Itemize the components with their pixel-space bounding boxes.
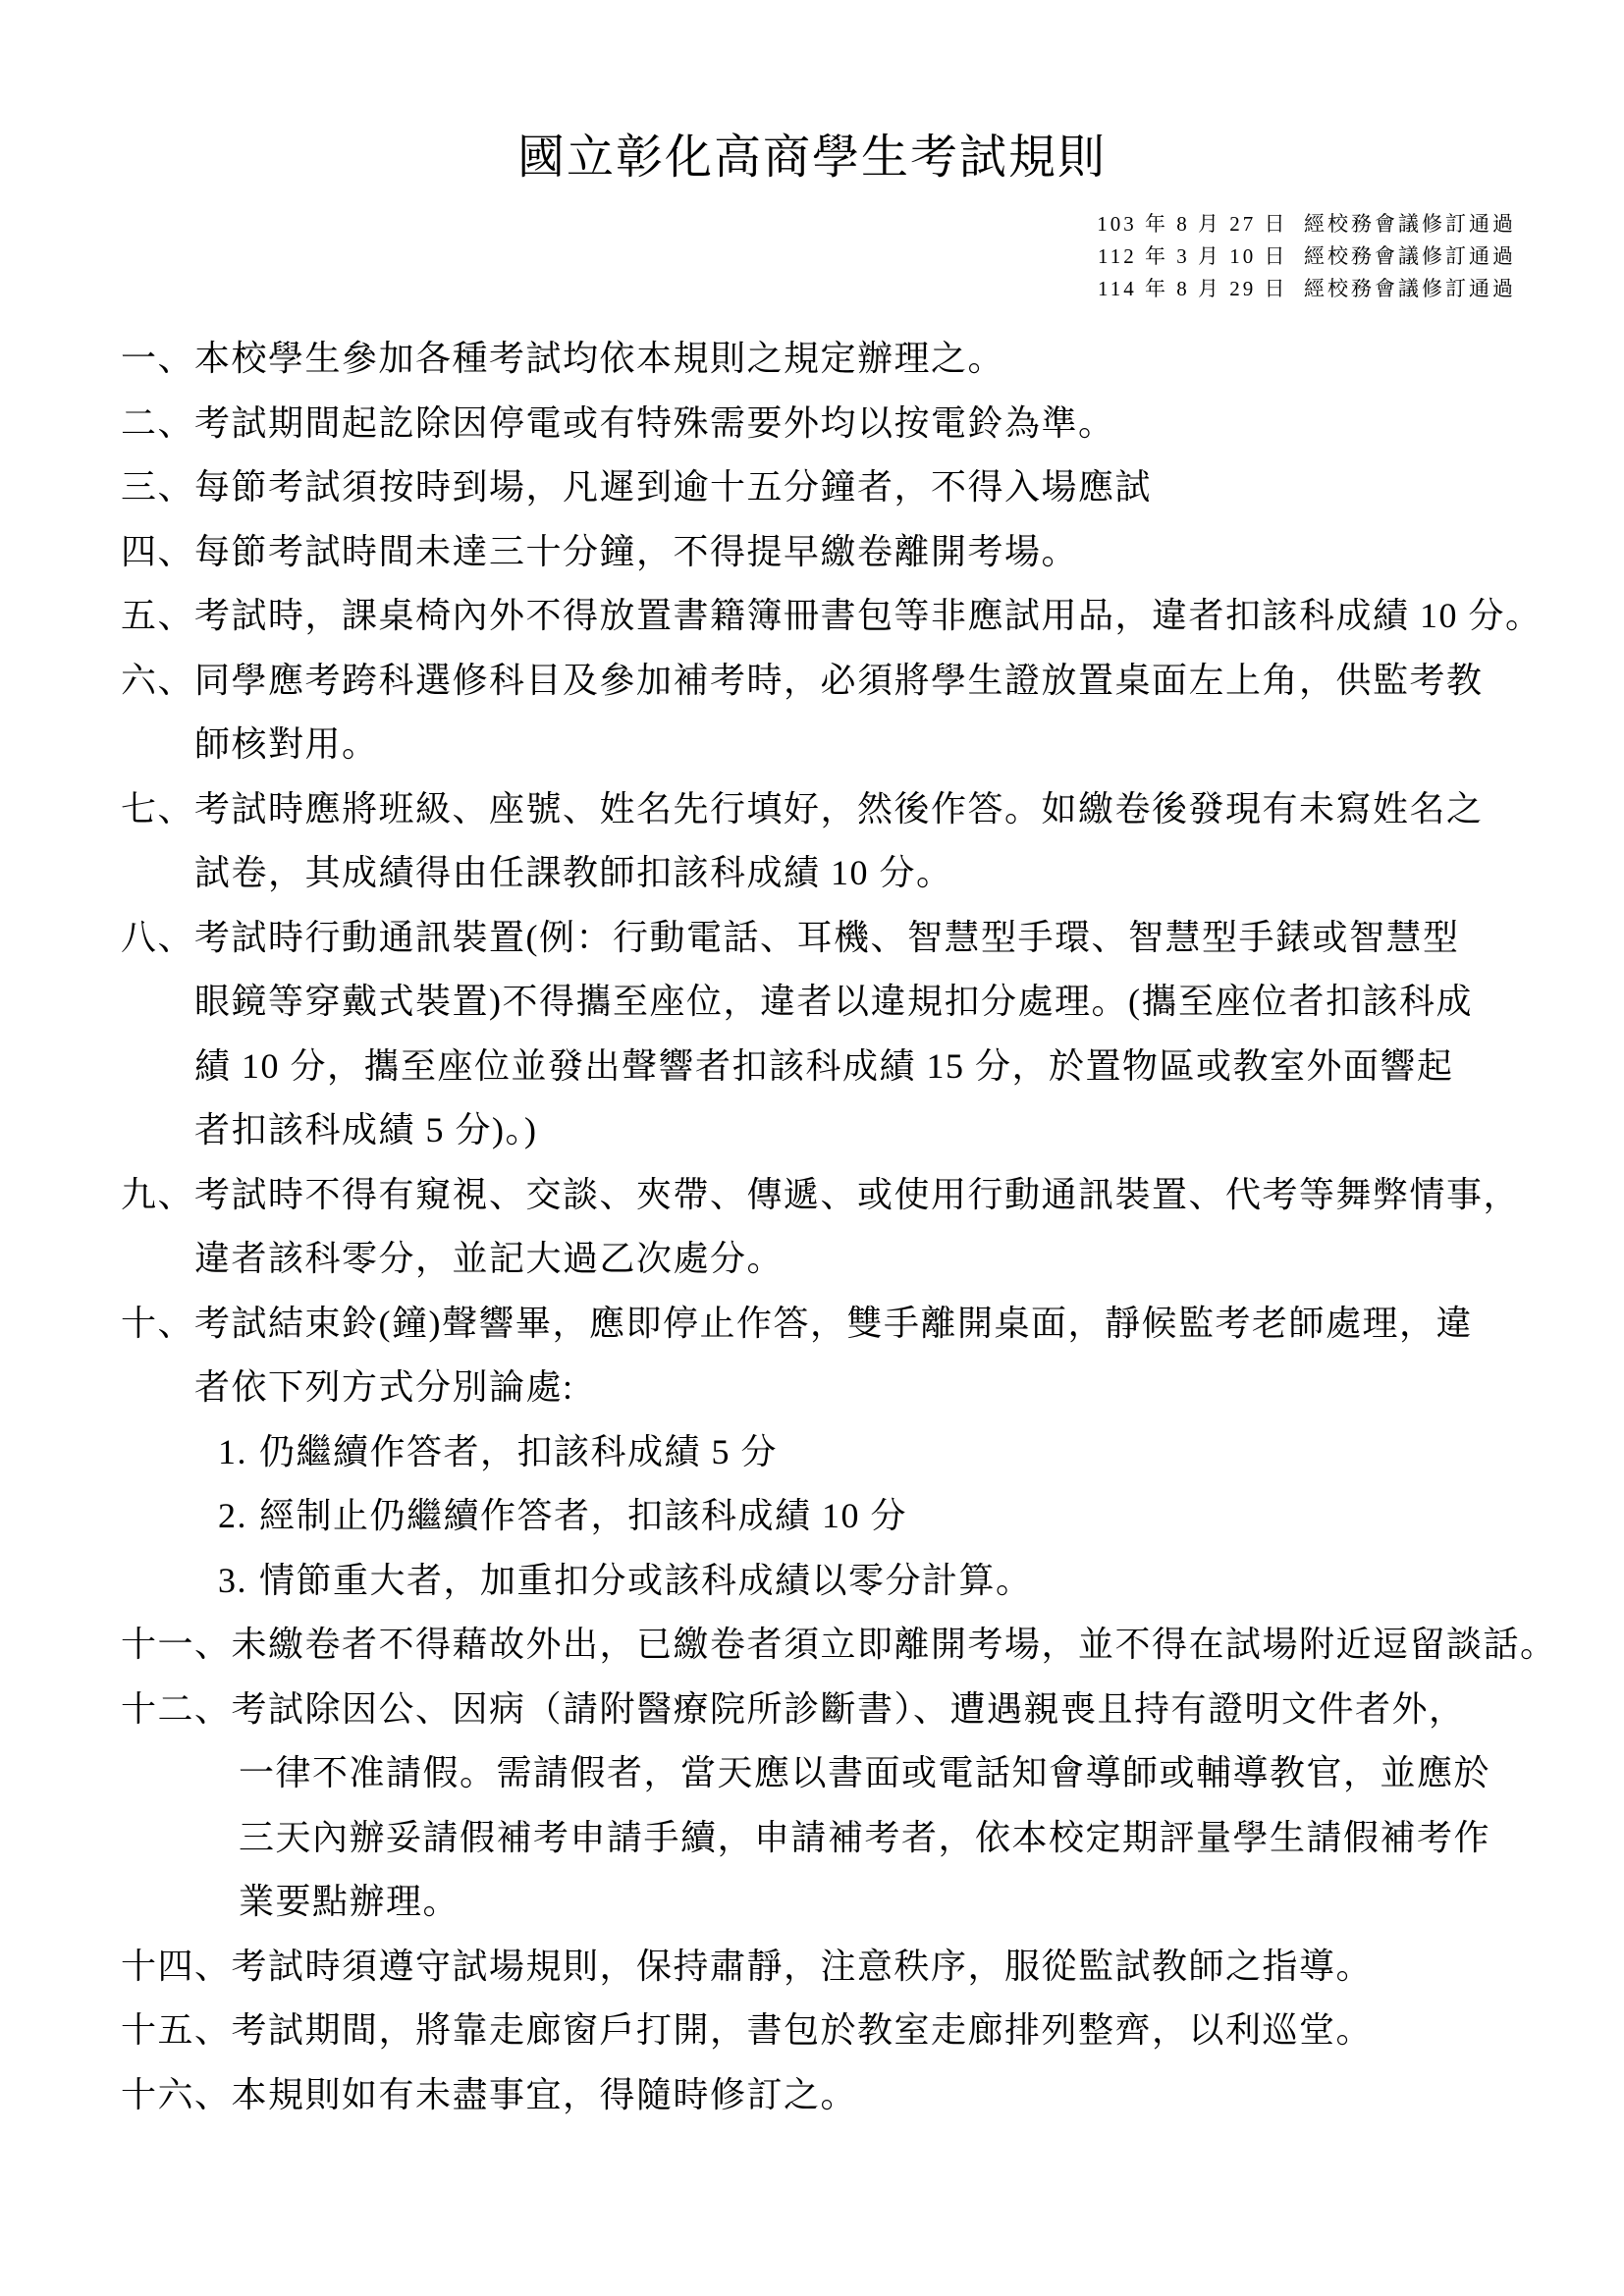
rule-number: 七、 xyxy=(121,789,194,828)
rule-text: 考試結束鈴(鐘)聲響畢，應即停止作答，雙手離開桌面，靜候監考老師處理，違 xyxy=(194,1304,1473,1343)
rule-number: 十一、 xyxy=(121,1625,232,1664)
rule-text: 仍繼續作答者，扣該科成績 5 分 xyxy=(259,1432,778,1471)
rule-number: 十六、 xyxy=(121,2075,232,2114)
rule-number: 六、 xyxy=(121,661,194,700)
rule-line: 二、考試期間起訖除因停電或有特殊需要外均以按電鈴為準。 xyxy=(121,392,1624,456)
rule-line: 2.經制止仍繼續作答者，扣該科成績 10 分 xyxy=(218,1484,1624,1549)
rule-item: 三、每節考試須按時到場，凡遲到逾十五分鐘者，不得入場應試 xyxy=(0,455,1624,520)
rule-line: 十五、考試期間，將靠走廊窗戶打開，書包於教室走廊排列整齊，以利巡堂。 xyxy=(121,1999,1624,2063)
rule-item: 十六、本規則如有未盡事宜，得隨時修訂之。 xyxy=(0,2063,1624,2128)
rule-line: 十六、本規則如有未盡事宜，得隨時修訂之。 xyxy=(121,2063,1624,2128)
rule-number: 五、 xyxy=(121,596,194,635)
rule-item: 二、考試期間起訖除因停電或有特殊需要外均以按電鈴為準。 xyxy=(0,392,1624,456)
rule-line: 師核對用。 xyxy=(194,713,1624,777)
rule-line: 績 10 分，攜至座位並發出聲響者扣該科成績 15 分，於置物區或教室外面響起 xyxy=(194,1035,1624,1099)
rule-text: 考試期間，將靠走廊窗戶打開，書包於教室走廊排列整齊，以利巡堂。 xyxy=(232,2010,1374,2050)
rule-number: 3. xyxy=(218,1561,247,1600)
rule-item: 四、每節考試時間未達三十分鐘，不得提早繳卷離開考場。 xyxy=(0,520,1624,585)
rule-line: 十一、未繳卷者不得藉故外出，已繳卷者須立即離開考場，並不得在試場附近逗留談話。 xyxy=(121,1613,1624,1678)
rule-line: 十四、考試時須遵守試場規則，保持肅靜，注意秩序，服從監試教師之指導。 xyxy=(121,1935,1624,2000)
rule-item: 十四、考試時須遵守試場規則，保持肅靜，注意秩序，服從監試教師之指導。 xyxy=(0,1935,1624,2000)
rule-line: 三、每節考試須按時到場，凡遲到逾十五分鐘者，不得入場應試 xyxy=(121,455,1624,520)
rule-item: 七、考試時應將班級、座號、姓名先行填好，然後作答。如繳卷後發現有未寫姓名之試卷，… xyxy=(0,777,1624,906)
rule-item: 八、考試時行動通訊裝置(例：行動電話、耳機、智慧型手環、智慧型手錶或智慧型眼鏡等… xyxy=(0,906,1624,1163)
rule-text: 考試時須遵守試場規則，保持肅靜，注意秩序，服從監試教師之指導。 xyxy=(232,1947,1374,1986)
rule-item: 六、同學應考跨科選修科目及參加補考時，必須將學生證放置桌面左上角，供監考教師核對… xyxy=(0,649,1624,777)
rule-sub-item: 3.情節重大者，加重扣分或該科成績以零分計算。 xyxy=(0,1549,1624,1614)
revision-history: 103 年 8 月 27 日 經校務會議修訂通過112 年 3 月 10 日 經… xyxy=(0,208,1516,305)
rule-number: 2. xyxy=(218,1496,247,1535)
rule-item: 九、考試時不得有窺視、交談、夾帶、傳遞、或使用行動通訊裝置、代考等舞弊情事，違者… xyxy=(0,1163,1624,1292)
rule-number: 十二、 xyxy=(121,1689,232,1729)
rule-number: 九、 xyxy=(121,1175,194,1214)
rule-text: 每節考試時間未達三十分鐘，不得提早繳卷離開考場。 xyxy=(194,532,1078,571)
rule-number: 八、 xyxy=(121,918,194,957)
rule-item: 五、考試時，課桌椅內外不得放置書籍簿冊書包等非應試用品，違者扣該科成績 10 分… xyxy=(0,584,1624,649)
revision-line: 112 年 3 月 10 日 經校務會議修訂通過 xyxy=(0,240,1516,273)
rule-item: 十五、考試期間，將靠走廊窗戶打開，書包於教室走廊排列整齊，以利巡堂。 xyxy=(0,1999,1624,2063)
rule-line: 十二、考試除因公、因病（請附醫療院所診斷書）、遭遇親喪且持有證明文件者外， xyxy=(121,1678,1624,1742)
rule-text: 考試時不得有窺視、交談、夾帶、傳遞、或使用行動通訊裝置、代考等舞弊情事， xyxy=(194,1175,1520,1214)
rule-text: 每節考試須按時到場，凡遲到逾十五分鐘者，不得入場應試 xyxy=(194,467,1152,507)
rule-text: 同學應考跨科選修科目及參加補考時，必須將學生證放置桌面左上角，供監考教 xyxy=(194,661,1484,700)
rule-item: 一、本校學生參加各種考試均依本規則之規定辦理之。 xyxy=(0,327,1624,392)
rule-number: 十四、 xyxy=(121,1947,232,1986)
rule-line: 四、每節考試時間未達三十分鐘，不得提早繳卷離開考場。 xyxy=(121,520,1624,585)
rule-text: 經制止仍繼續作答者，扣該科成績 10 分 xyxy=(259,1496,907,1535)
rule-sub-item: 1.仍繼續作答者，扣該科成績 5 分 xyxy=(0,1420,1624,1485)
rule-number: 四、 xyxy=(121,532,194,571)
rule-line: 八、考試時行動通訊裝置(例：行動電話、耳機、智慧型手環、智慧型手錶或智慧型 xyxy=(121,906,1624,971)
rule-text: 考試時應將班級、座號、姓名先行填好，然後作答。如繳卷後發現有未寫姓名之 xyxy=(194,789,1484,828)
rule-text: 考試時，課桌椅內外不得放置書籍簿冊書包等非應試用品，違者扣該科成績 10 分。 xyxy=(194,596,1543,635)
rule-line: 三天內辦妥請假補考申請手續，申請補考者，依本校定期評量學生請假補考作 xyxy=(239,1806,1624,1871)
rule-item: 十、考試結束鈴(鐘)聲響畢，應即停止作答，雙手離開桌面，靜候監考老師處理，違者依… xyxy=(0,1292,1624,1420)
rule-text: 考試時行動通訊裝置(例：行動電話、耳機、智慧型手環、智慧型手錶或智慧型 xyxy=(194,918,1460,957)
rule-line: 違者該科零分，並記大過乙次處分。 xyxy=(194,1227,1624,1292)
document-page: 國立彰化高商學生考試規則 103 年 8 月 27 日 經校務會議修訂通過112… xyxy=(0,0,1624,2296)
rule-line: 業要點辦理。 xyxy=(239,1870,1624,1935)
rule-line: 者依下列方式分別論處: xyxy=(194,1356,1624,1420)
rule-number: 十五、 xyxy=(121,2010,232,2050)
rule-text: 本校學生參加各種考試均依本規則之規定辦理之。 xyxy=(194,339,1004,378)
rule-line: 一、本校學生參加各種考試均依本規則之規定辦理之。 xyxy=(121,327,1624,392)
rule-text: 本規則如有未盡事宜，得隨時修訂之。 xyxy=(232,2075,858,2114)
rule-item: 十一、未繳卷者不得藉故外出，已繳卷者須立即離開考場，並不得在試場附近逗留談話。 xyxy=(0,1613,1624,1678)
revision-line: 103 年 8 月 27 日 經校務會議修訂通過 xyxy=(0,208,1516,240)
rule-line: 1.仍繼續作答者，扣該科成績 5 分 xyxy=(218,1420,1624,1485)
rule-line: 五、考試時，課桌椅內外不得放置書籍簿冊書包等非應試用品，違者扣該科成績 10 分… xyxy=(121,584,1624,649)
rule-line: 七、考試時應將班級、座號、姓名先行填好，然後作答。如繳卷後發現有未寫姓名之 xyxy=(121,777,1624,842)
rule-text: 未繳卷者不得藉故外出，已繳卷者須立即離開考場，並不得在試場附近逗留談話。 xyxy=(232,1625,1557,1664)
rule-line: 一律不准請假。需請假者，當天應以書面或電話知會導師或輔導教官，並應於 xyxy=(239,1741,1624,1806)
rule-line: 者扣該科成績 5 分)。) xyxy=(194,1098,1624,1163)
rule-text: 考試除因公、因病（請附醫療院所診斷書）、遭遇親喪且持有證明文件者外， xyxy=(232,1689,1466,1729)
rule-number: 一、 xyxy=(121,339,194,378)
rule-line: 眼鏡等穿戴式裝置)不得攜至座位，違者以違規扣分處理。(攜至座位者扣該科成 xyxy=(194,970,1624,1035)
rule-number: 1. xyxy=(218,1432,247,1471)
rule-line: 九、考試時不得有窺視、交談、夾帶、傳遞、或使用行動通訊裝置、代考等舞弊情事， xyxy=(121,1163,1624,1228)
rules-list: 一、本校學生參加各種考試均依本規則之規定辦理之。二、考試期間起訖除因停電或有特殊… xyxy=(0,327,1624,2127)
rule-line: 六、同學應考跨科選修科目及參加補考時，必須將學生證放置桌面左上角，供監考教 xyxy=(121,649,1624,714)
rule-sub-item: 2.經制止仍繼續作答者，扣該科成績 10 分 xyxy=(0,1484,1624,1549)
rule-number: 三、 xyxy=(121,467,194,507)
rule-number: 十、 xyxy=(121,1304,194,1343)
rule-line: 3.情節重大者，加重扣分或該科成績以零分計算。 xyxy=(218,1549,1624,1614)
rule-line: 試卷，其成績得由任課教師扣該科成績 10 分。 xyxy=(194,841,1624,906)
document-title: 國立彰化高商學生考試規則 xyxy=(0,0,1624,185)
rule-number: 二、 xyxy=(121,403,194,443)
rule-line: 十、考試結束鈴(鐘)聲響畢，應即停止作答，雙手離開桌面，靜候監考老師處理，違 xyxy=(121,1292,1624,1357)
rule-text: 考試期間起訖除因停電或有特殊需要外均以按電鈴為準。 xyxy=(194,403,1115,443)
rule-item: 十二、考試除因公、因病（請附醫療院所診斷書）、遭遇親喪且持有證明文件者外，一律不… xyxy=(0,1678,1624,1935)
revision-line: 114 年 8 月 29 日 經校務會議修訂通過 xyxy=(0,273,1516,305)
rule-text: 情節重大者，加重扣分或該科成績以零分計算。 xyxy=(259,1561,1033,1600)
